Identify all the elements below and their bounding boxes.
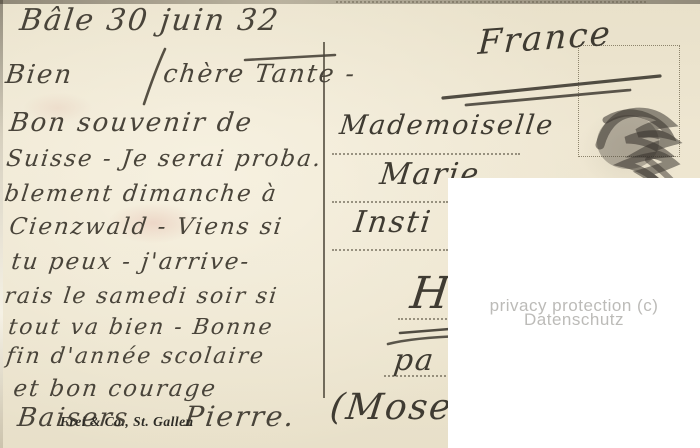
message-line: tout va bien - Bonne — [7, 317, 275, 339]
signature: Pierre. — [183, 403, 297, 431]
address-dotted-line — [332, 153, 520, 155]
address-dotted-line — [332, 201, 448, 203]
message-line: Cienzwald - Viens si — [8, 216, 284, 239]
stamp-box — [578, 45, 680, 157]
message-line: tu peux - j'arrive- — [10, 251, 252, 274]
address-line: Mademoiselle — [338, 112, 556, 139]
dateline: Bâle 30 juin 32 — [18, 6, 281, 36]
message-line: Bon souvenir de — [8, 110, 255, 136]
salutation-word: Bien — [4, 62, 75, 88]
postcard-divider-line — [323, 42, 325, 398]
message-line: et bon courage — [12, 378, 218, 401]
message-line: fin d'année scolaire — [5, 346, 266, 368]
privacy-overlay-text-line2: Datenschutz — [524, 313, 624, 327]
flourish-slash-stroke — [144, 49, 165, 104]
address-line: (Mose — [328, 390, 455, 426]
message-line: blement dimanche à — [3, 183, 279, 206]
message-line: rais le samedi soir si — [3, 286, 280, 308]
address-line: pa — [392, 346, 437, 376]
message-line: Suisse - Je serai proba. — [5, 148, 324, 171]
address-dotted-line — [332, 249, 448, 251]
address-line: Insti — [352, 208, 434, 238]
salutation-rest: chère Tante - — [162, 61, 358, 86]
address-line: H — [408, 272, 454, 316]
privacy-overlay: privacy protection (c) Datenschutz — [448, 178, 700, 448]
postcard-scan: Bâle 30 juin 32 Bien chère Tante - Bon s… — [0, 0, 700, 448]
scan-left-edge — [0, 0, 3, 448]
scan-dotted-line — [336, 1, 646, 3]
destination-country: France — [477, 17, 613, 60]
publisher-imprint: Frei & Co., St. Gallen — [60, 414, 194, 430]
